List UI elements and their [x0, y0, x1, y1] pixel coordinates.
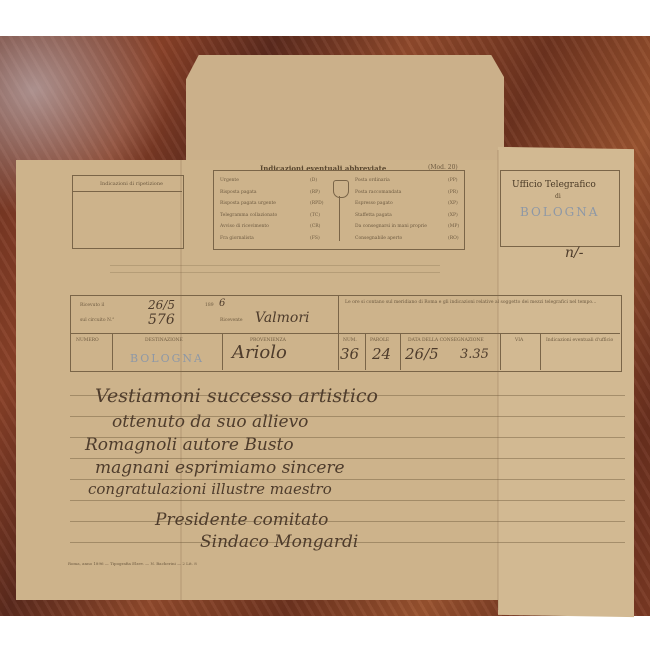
- col-num: NUM.: [343, 338, 357, 343]
- abbreviation-left: Telegramma collazionato: [220, 213, 277, 218]
- parole-value: 24: [372, 345, 391, 363]
- abbreviation-right-code: (XP): [448, 201, 458, 206]
- abbreviation-right: Posta raccomandata: [355, 190, 401, 195]
- ufficio-di: di: [555, 193, 561, 200]
- table-divider: [112, 333, 113, 370]
- abbreviation-left: Fra giornalista: [220, 236, 254, 241]
- abbreviation-left: Urgente: [220, 178, 239, 183]
- abbreviation-right: Staffetta pagata: [355, 213, 392, 218]
- abbreviation-left: Avviso di ricevimento: [220, 224, 269, 229]
- message-line-2: ottenuto da suo allievo: [112, 412, 308, 432]
- ricevente-label: Ricevente: [220, 318, 243, 323]
- ufficio-title: Ufficio Telegrafico: [512, 180, 596, 190]
- abbreviation-right-code: (MP): [448, 224, 459, 229]
- ore-minuti-value: 3.35: [460, 347, 489, 362]
- abbreviation-right-code: (PR): [448, 190, 458, 195]
- circuito-label: sul circuito N.°: [80, 318, 114, 323]
- col-indicazioni: Indicazioni eventuali d'ufficio: [546, 338, 616, 343]
- signature-line-1: Presidente comitato: [155, 510, 328, 530]
- col-data: DATA DELLA CONSEGNAZIONE: [408, 338, 484, 343]
- notice-text: Le ore si contano sul meridiano di Roma …: [345, 300, 615, 306]
- abbreviation-left-code: (CR): [310, 224, 320, 229]
- abbreviation-left-code: (TC): [310, 213, 320, 218]
- message-line-5: congratulazioni illustre maestro: [88, 480, 332, 498]
- circuit-number: 576: [148, 312, 175, 328]
- abbreviation-right: Espresso pagato: [355, 201, 393, 206]
- col-parole: PAROLE: [370, 338, 389, 343]
- abbreviation-left-code: (RPD): [310, 201, 324, 206]
- table-divider: [500, 333, 501, 370]
- ruled-line: [70, 521, 625, 522]
- giorno-mese-value: 26/5: [405, 345, 439, 363]
- message-line-4: magnani esprimiamo sincere: [95, 458, 345, 478]
- signature-line-2: Sindaco Mongardi: [200, 532, 358, 552]
- abbreviation-left: Risposta pagata urgente: [220, 201, 276, 206]
- col-destinazione: DESTINAZIONE: [145, 338, 183, 343]
- ruled-line: [70, 500, 625, 501]
- notice-line: [110, 265, 440, 266]
- abbreviation-left: Risposta pagata: [220, 190, 257, 195]
- abbreviation-right-code: (PP): [448, 178, 458, 183]
- col-via: VIA: [515, 338, 523, 343]
- message-line-3: Romagnoli autore Busto: [85, 435, 294, 455]
- table-divider: [365, 333, 366, 370]
- table-divider: [338, 295, 339, 370]
- abbreviation-right: Posta ordinaria: [355, 178, 390, 183]
- abbreviation-left-code: (RP): [310, 190, 320, 195]
- received-date: 26/5: [148, 298, 175, 312]
- abbreviation-left-code: (FS): [310, 236, 320, 241]
- table-divider: [540, 333, 541, 370]
- envelope-flap: [186, 55, 504, 165]
- crest-staff: [339, 196, 340, 241]
- table-divider: [222, 333, 223, 370]
- ricevuto-label: Ricevuto il: [80, 303, 104, 308]
- notice-line: [110, 272, 440, 273]
- table-divider: [400, 333, 401, 370]
- year-suffix: 6: [219, 298, 225, 309]
- repetition-label: Indicazioni di ripetizione: [100, 181, 163, 187]
- royal-crest-icon: [333, 180, 349, 198]
- table-divider: [70, 333, 620, 334]
- col-numero: NUMERO: [76, 338, 99, 343]
- city-stamp: BOLOGNA: [520, 205, 599, 219]
- abbreviation-right-code: (XP): [448, 213, 458, 218]
- numero-value: 36: [340, 345, 359, 363]
- abbreviation-right: Consegnabile aperto: [355, 236, 402, 241]
- fold-line: [497, 150, 499, 610]
- provenienza-value: Ariolo: [232, 342, 287, 363]
- message-line-1: Vestiamoni successo artistico: [95, 385, 378, 407]
- ricevente-name: Valmori: [255, 310, 310, 326]
- abbreviation-right-code: (RO): [448, 236, 459, 241]
- abbreviation-right: Da consegnarsi in mani proprie: [355, 224, 427, 229]
- ufficio-mark: n/-: [565, 245, 583, 261]
- destination-stamp: BOLOGNA: [130, 352, 204, 365]
- abbreviation-left-code: (D): [310, 178, 317, 183]
- footer-print: Roma, anno 1896 — Tipografia Elzev. — N.…: [68, 561, 197, 566]
- year-label: 189: [205, 303, 214, 308]
